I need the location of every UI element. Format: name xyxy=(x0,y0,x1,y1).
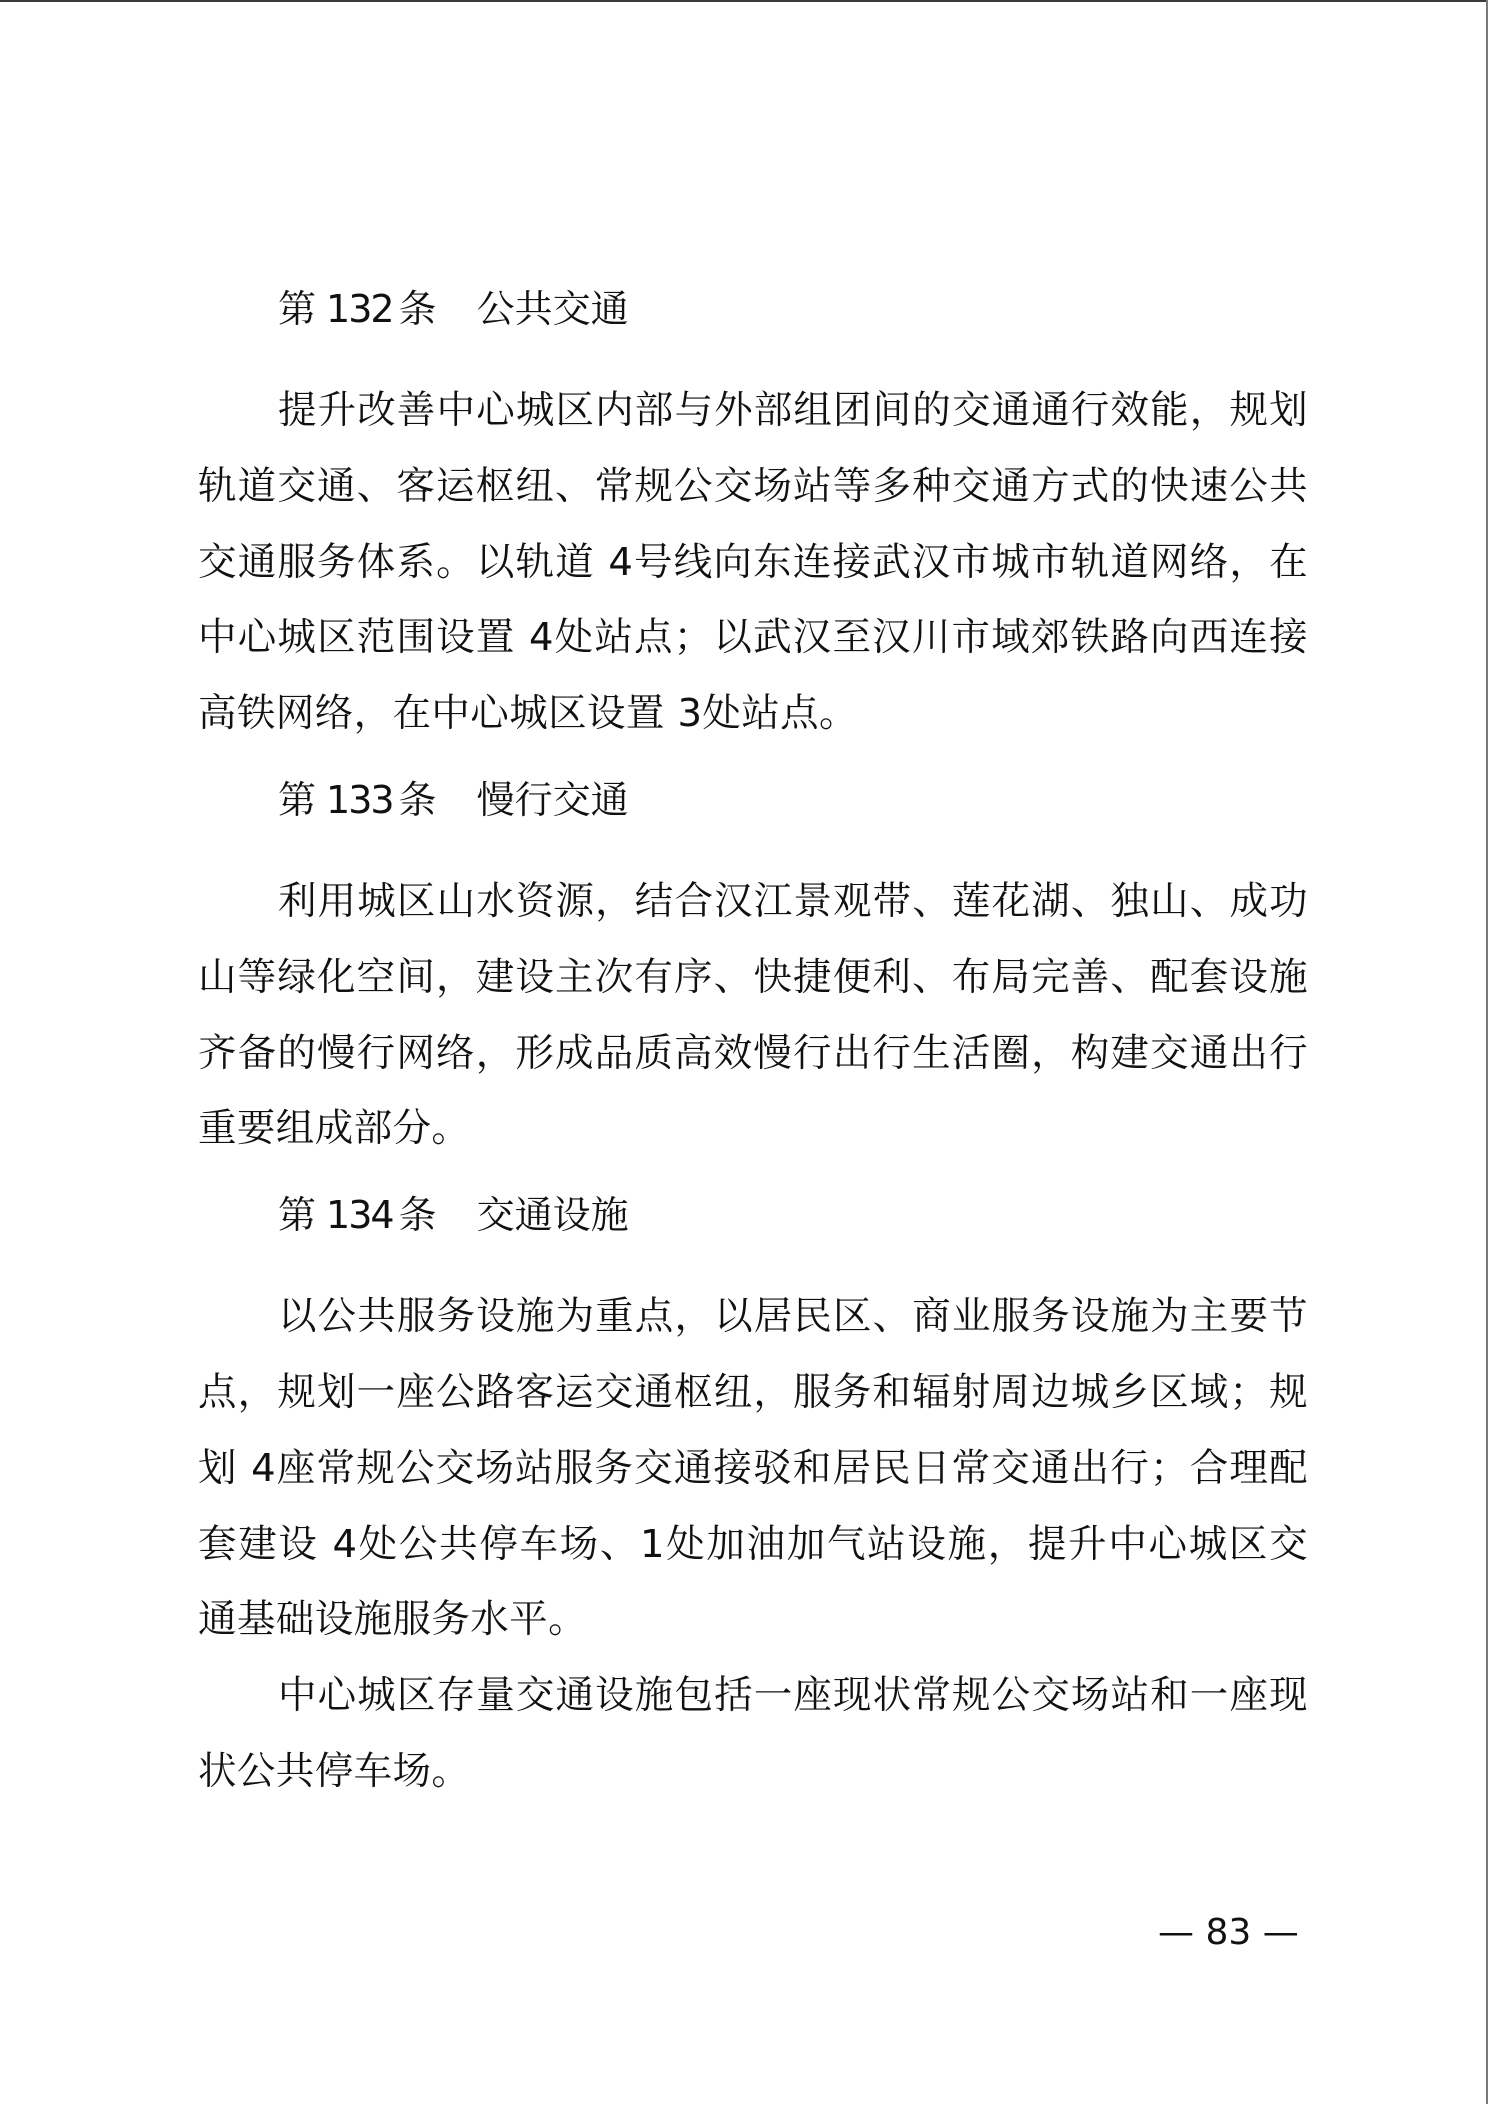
document-body: 第132条公共交通 提升改善中心城区内部与外部组团间的交通通行效能，规划轨道交通… xyxy=(198,281,1308,1830)
article-title: 慢行交通 xyxy=(477,778,629,822)
article-paragraph: 中心城区存量交通设施包括一座现状常规公交场站和一座现状公共停车场。 xyxy=(198,1658,1308,1810)
article-prefix: 第 xyxy=(278,1193,316,1237)
article-prefix: 第 xyxy=(278,287,316,331)
article-paragraph: 提升改善中心城区内部与外部组团间的交通通行效能，规划轨道交通、客运枢纽、常规公交… xyxy=(198,373,1308,752)
article-title: 交通设施 xyxy=(477,1193,629,1237)
article-suffix: 条 xyxy=(399,778,437,822)
page-border-top xyxy=(0,0,1488,2)
article-heading: 第132条公共交通 xyxy=(198,281,1308,337)
article-paragraph: 以公共服务设施为重点，以居民区、商业服务设施为主要节点，规划一座公路客运交通枢纽… xyxy=(198,1279,1308,1658)
article-heading: 第134条交通设施 xyxy=(198,1187,1308,1243)
article-number: 134 xyxy=(326,1193,393,1237)
article-132: 第132条公共交通 提升改善中心城区内部与外部组团间的交通通行效能，规划轨道交通… xyxy=(198,281,1308,752)
article-number: 133 xyxy=(326,778,393,822)
page-number: — 83 — xyxy=(1158,1913,1299,1953)
article-suffix: 条 xyxy=(399,1193,437,1237)
article-prefix: 第 xyxy=(278,778,316,822)
article-number: 132 xyxy=(326,287,393,331)
article-134: 第134条交通设施 以公共服务设施为重点，以居民区、商业服务设施为主要节点，规划… xyxy=(198,1187,1308,1810)
article-title: 公共交通 xyxy=(477,287,629,331)
article-heading: 第133条慢行交通 xyxy=(198,772,1308,828)
article-suffix: 条 xyxy=(399,287,437,331)
article-133: 第133条慢行交通 利用城区山水资源，结合汉江景观带、莲花湖、独山、成功山等绿化… xyxy=(198,772,1308,1167)
article-paragraph: 利用城区山水资源，结合汉江景观带、莲花湖、独山、成功山等绿化空间，建设主次有序、… xyxy=(198,864,1308,1167)
